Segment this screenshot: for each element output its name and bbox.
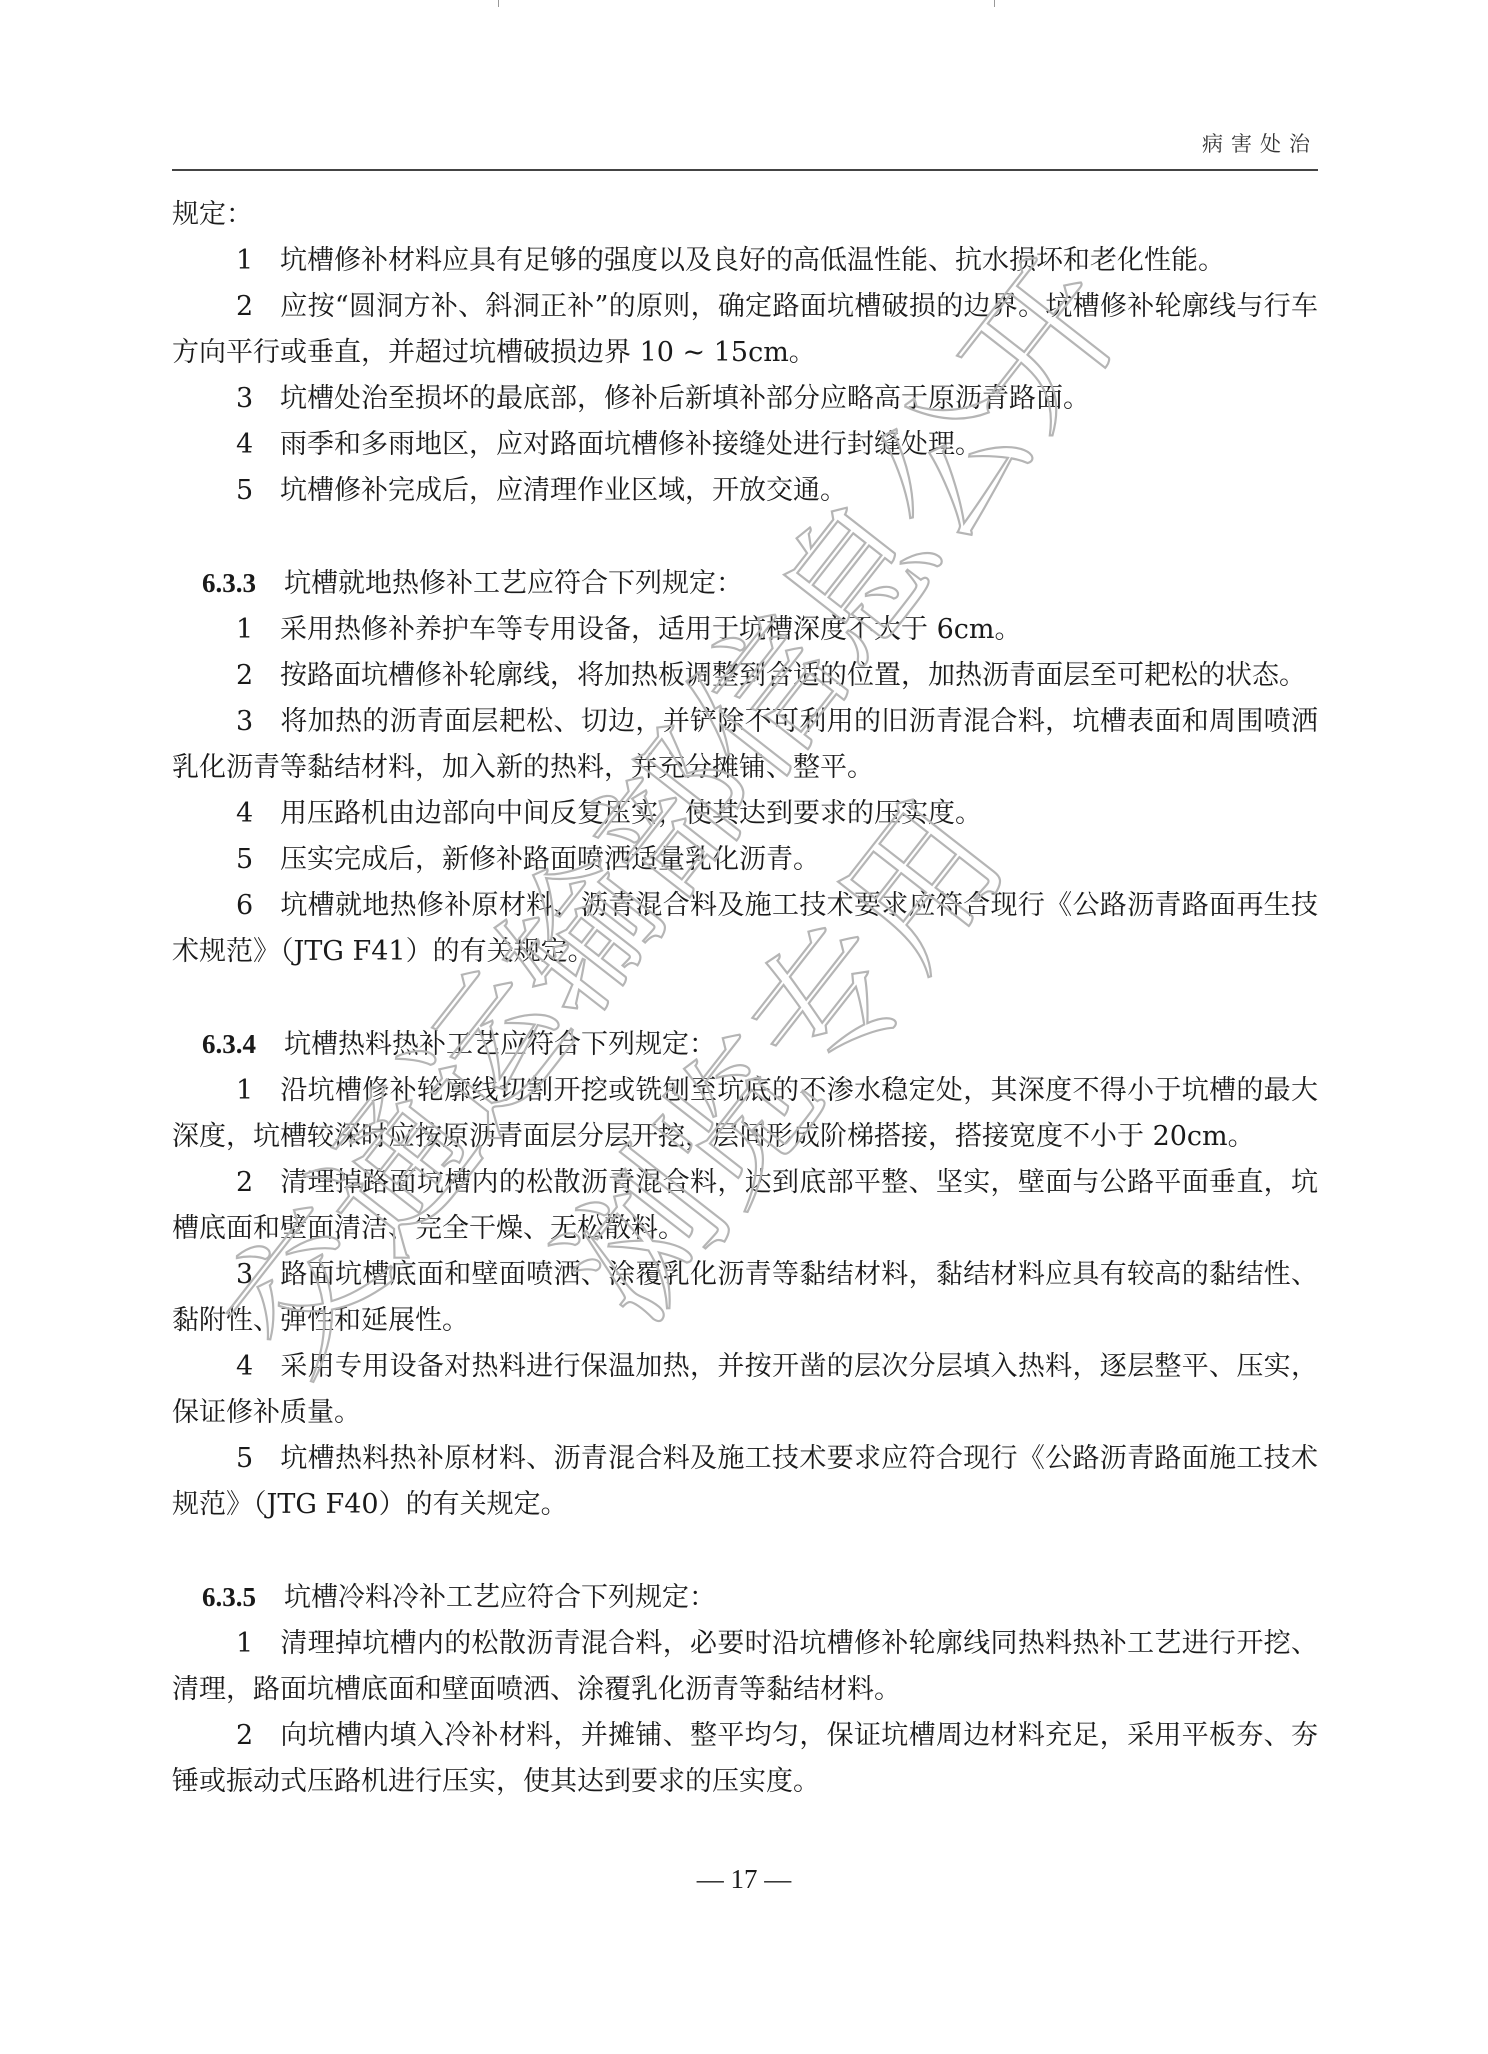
item-number: 6 bbox=[236, 883, 260, 929]
list-item: 5坑槽热料热补原材料、沥青混合料及施工技术要求应符合现行《公路沥青路面施工技术规… bbox=[172, 1436, 1318, 1528]
item-number: 3 bbox=[236, 699, 260, 745]
item-text: 沿坑槽修补轮廓线切割开挖或铣刨至坑底的不渗水稳定处，其深度不得小于坑槽的最大深度… bbox=[172, 1075, 1318, 1152]
intro-text: 规定： bbox=[172, 192, 1318, 238]
item-number: 2 bbox=[236, 1160, 260, 1206]
list-item: 5坑槽修补完成后，应清理作业区域，开放交通。 bbox=[172, 468, 1318, 514]
list-item: 1沿坑槽修补轮廓线切割开挖或铣刨至坑底的不渗水稳定处，其深度不得小于坑槽的最大深… bbox=[172, 1068, 1318, 1160]
item-text: 坑槽处治至损坏的最底部，修补后新填补部分应略高于原沥青路面。 bbox=[280, 383, 1090, 414]
item-number: 4 bbox=[236, 791, 260, 837]
header-rule bbox=[172, 169, 1318, 171]
crop-mark bbox=[994, 0, 995, 7]
item-text: 雨季和多雨地区，应对路面坑槽修补接缝处进行封缝处理。 bbox=[280, 429, 982, 460]
item-text: 按路面坑槽修补轮廓线，将加热板调整到合适的位置，加热沥青面层至可耙松的状态。 bbox=[280, 660, 1306, 691]
item-text: 用压路机由边部向中间反复压实，使其达到要求的压实度。 bbox=[280, 798, 982, 829]
item-text: 坑槽修补材料应具有足够的强度以及良好的高低温性能、抗水损坏和老化性能。 bbox=[280, 245, 1225, 276]
clause-title: 坑槽冷料冷补工艺应符合下列规定： bbox=[284, 1582, 716, 1613]
item-text: 压实完成后，新修补路面喷洒适量乳化沥青。 bbox=[280, 844, 820, 875]
item-text: 清理掉路面坑槽内的松散沥青混合料，达到底部平整、坚实，壁面与公路平面垂直，坑槽底… bbox=[172, 1167, 1318, 1244]
item-number: 5 bbox=[236, 1436, 260, 1482]
list-item: 2清理掉路面坑槽内的松散沥青混合料，达到底部平整、坚实，壁面与公路平面垂直，坑槽… bbox=[172, 1160, 1318, 1252]
item-number: 1 bbox=[236, 238, 260, 284]
crop-mark bbox=[498, 0, 499, 7]
item-text: 坑槽修补完成后，应清理作业区域，开放交通。 bbox=[280, 475, 847, 506]
item-text: 向坑槽内填入冷补材料，并摊铺、整平均匀，保证坑槽周边材料充足，采用平板夯、夯锤或… bbox=[172, 1720, 1318, 1797]
list-item: 1坑槽修补材料应具有足够的强度以及良好的高低温性能、抗水损坏和老化性能。 bbox=[172, 238, 1318, 284]
item-text: 采用热修补养护车等专用设备，适用于坑槽深度不大于 6cm。 bbox=[280, 614, 1021, 645]
list-item: 4采用专用设备对热料进行保温加热，并按开凿的层次分层填入热料，逐层整平、压实，保… bbox=[172, 1344, 1318, 1436]
clause-number: 6.3.3 bbox=[202, 568, 256, 598]
clause-heading-6-3-3: 6.3.3坑槽就地热修补工艺应符合下列规定： bbox=[172, 560, 1318, 607]
item-number: 3 bbox=[236, 1252, 260, 1298]
item-text: 采用专用设备对热料进行保温加热，并按开凿的层次分层填入热料，逐层整平、压实，保证… bbox=[172, 1351, 1318, 1428]
clause-heading-6-3-4: 6.3.4坑槽热料热补工艺应符合下列规定： bbox=[172, 1021, 1318, 1068]
list-item: 2应按“圆洞方补、斜洞正补”的原则，确定路面坑槽破损的边界。坑槽修补轮廓线与行车… bbox=[172, 284, 1318, 376]
item-text: 清理掉坑槽内的松散沥青混合料，必要时沿坑槽修补轮廓线同热料热补工艺进行开挖、清理… bbox=[172, 1628, 1318, 1705]
list-item: 3坑槽处治至损坏的最底部，修补后新填补部分应略高于原沥青路面。 bbox=[172, 376, 1318, 422]
page-number: — 17 — bbox=[0, 1864, 1488, 1895]
list-item: 5压实完成后，新修补路面喷洒适量乳化沥青。 bbox=[172, 837, 1318, 883]
item-text: 将加热的沥青面层耙松、切边，并铲除不可利用的旧沥青混合料，坑槽表面和周围喷洒乳化… bbox=[172, 706, 1318, 783]
item-number: 5 bbox=[236, 837, 260, 883]
clause-title: 坑槽就地热修补工艺应符合下列规定： bbox=[284, 568, 743, 599]
list-item: 2按路面坑槽修补轮廓线，将加热板调整到合适的位置，加热沥青面层至可耙松的状态。 bbox=[172, 653, 1318, 699]
list-item: 3路面坑槽底面和壁面喷洒、涂覆乳化沥青等黏结材料，黏结材料应具有较高的黏结性、黏… bbox=[172, 1252, 1318, 1344]
list-item: 2向坑槽内填入冷补材料，并摊铺、整平均匀，保证坑槽周边材料充足，采用平板夯、夯锤… bbox=[172, 1713, 1318, 1805]
item-text: 应按“圆洞方补、斜洞正补”的原则，确定路面坑槽破损的边界。坑槽修补轮廓线与行车方… bbox=[172, 291, 1318, 368]
item-number: 1 bbox=[236, 607, 260, 653]
clause-number: 6.3.5 bbox=[202, 1582, 256, 1612]
list-item: 3将加热的沥青面层耙松、切边，并铲除不可利用的旧沥青混合料，坑槽表面和周围喷洒乳… bbox=[172, 699, 1318, 791]
clause-number: 6.3.4 bbox=[202, 1029, 256, 1059]
item-text: 路面坑槽底面和壁面喷洒、涂覆乳化沥青等黏结材料，黏结材料应具有较高的黏结性、黏附… bbox=[172, 1259, 1318, 1336]
list-item: 1采用热修补养护车等专用设备，适用于坑槽深度不大于 6cm。 bbox=[172, 607, 1318, 653]
item-number: 2 bbox=[236, 1713, 260, 1759]
running-header: 病害处治 bbox=[172, 128, 1318, 158]
item-number: 4 bbox=[236, 422, 260, 468]
page-body: 规定： 1坑槽修补材料应具有足够的强度以及良好的高低温性能、抗水损坏和老化性能。… bbox=[172, 192, 1318, 1805]
item-number: 1 bbox=[236, 1621, 260, 1667]
item-number: 3 bbox=[236, 376, 260, 422]
list-item: 4用压路机由边部向中间反复压实，使其达到要求的压实度。 bbox=[172, 791, 1318, 837]
item-number: 5 bbox=[236, 468, 260, 514]
list-item: 6坑槽就地热修补原材料、沥青混合料及施工技术要求应符合现行《公路沥青路面再生技术… bbox=[172, 883, 1318, 975]
item-number: 4 bbox=[236, 1344, 260, 1390]
list-item: 1清理掉坑槽内的松散沥青混合料，必要时沿坑槽修补轮廓线同热料热补工艺进行开挖、清… bbox=[172, 1621, 1318, 1713]
document-page: 病害处治 规定： 1坑槽修补材料应具有足够的强度以及良好的高低温性能、抗水损坏和… bbox=[0, 0, 1488, 2054]
intro-list: 1坑槽修补材料应具有足够的强度以及良好的高低温性能、抗水损坏和老化性能。 2应按… bbox=[172, 238, 1318, 514]
item-number: 2 bbox=[236, 284, 260, 330]
item-number: 2 bbox=[236, 653, 260, 699]
item-number: 1 bbox=[236, 1068, 260, 1114]
list-item: 4雨季和多雨地区，应对路面坑槽修补接缝处进行封缝处理。 bbox=[172, 422, 1318, 468]
item-text: 坑槽热料热补原材料、沥青混合料及施工技术要求应符合现行《公路沥青路面施工技术规范… bbox=[172, 1443, 1318, 1520]
item-text: 坑槽就地热修补原材料、沥青混合料及施工技术要求应符合现行《公路沥青路面再生技术规… bbox=[172, 890, 1318, 967]
clause-title: 坑槽热料热补工艺应符合下列规定： bbox=[284, 1029, 716, 1060]
clause-heading-6-3-5: 6.3.5坑槽冷料冷补工艺应符合下列规定： bbox=[172, 1574, 1318, 1621]
